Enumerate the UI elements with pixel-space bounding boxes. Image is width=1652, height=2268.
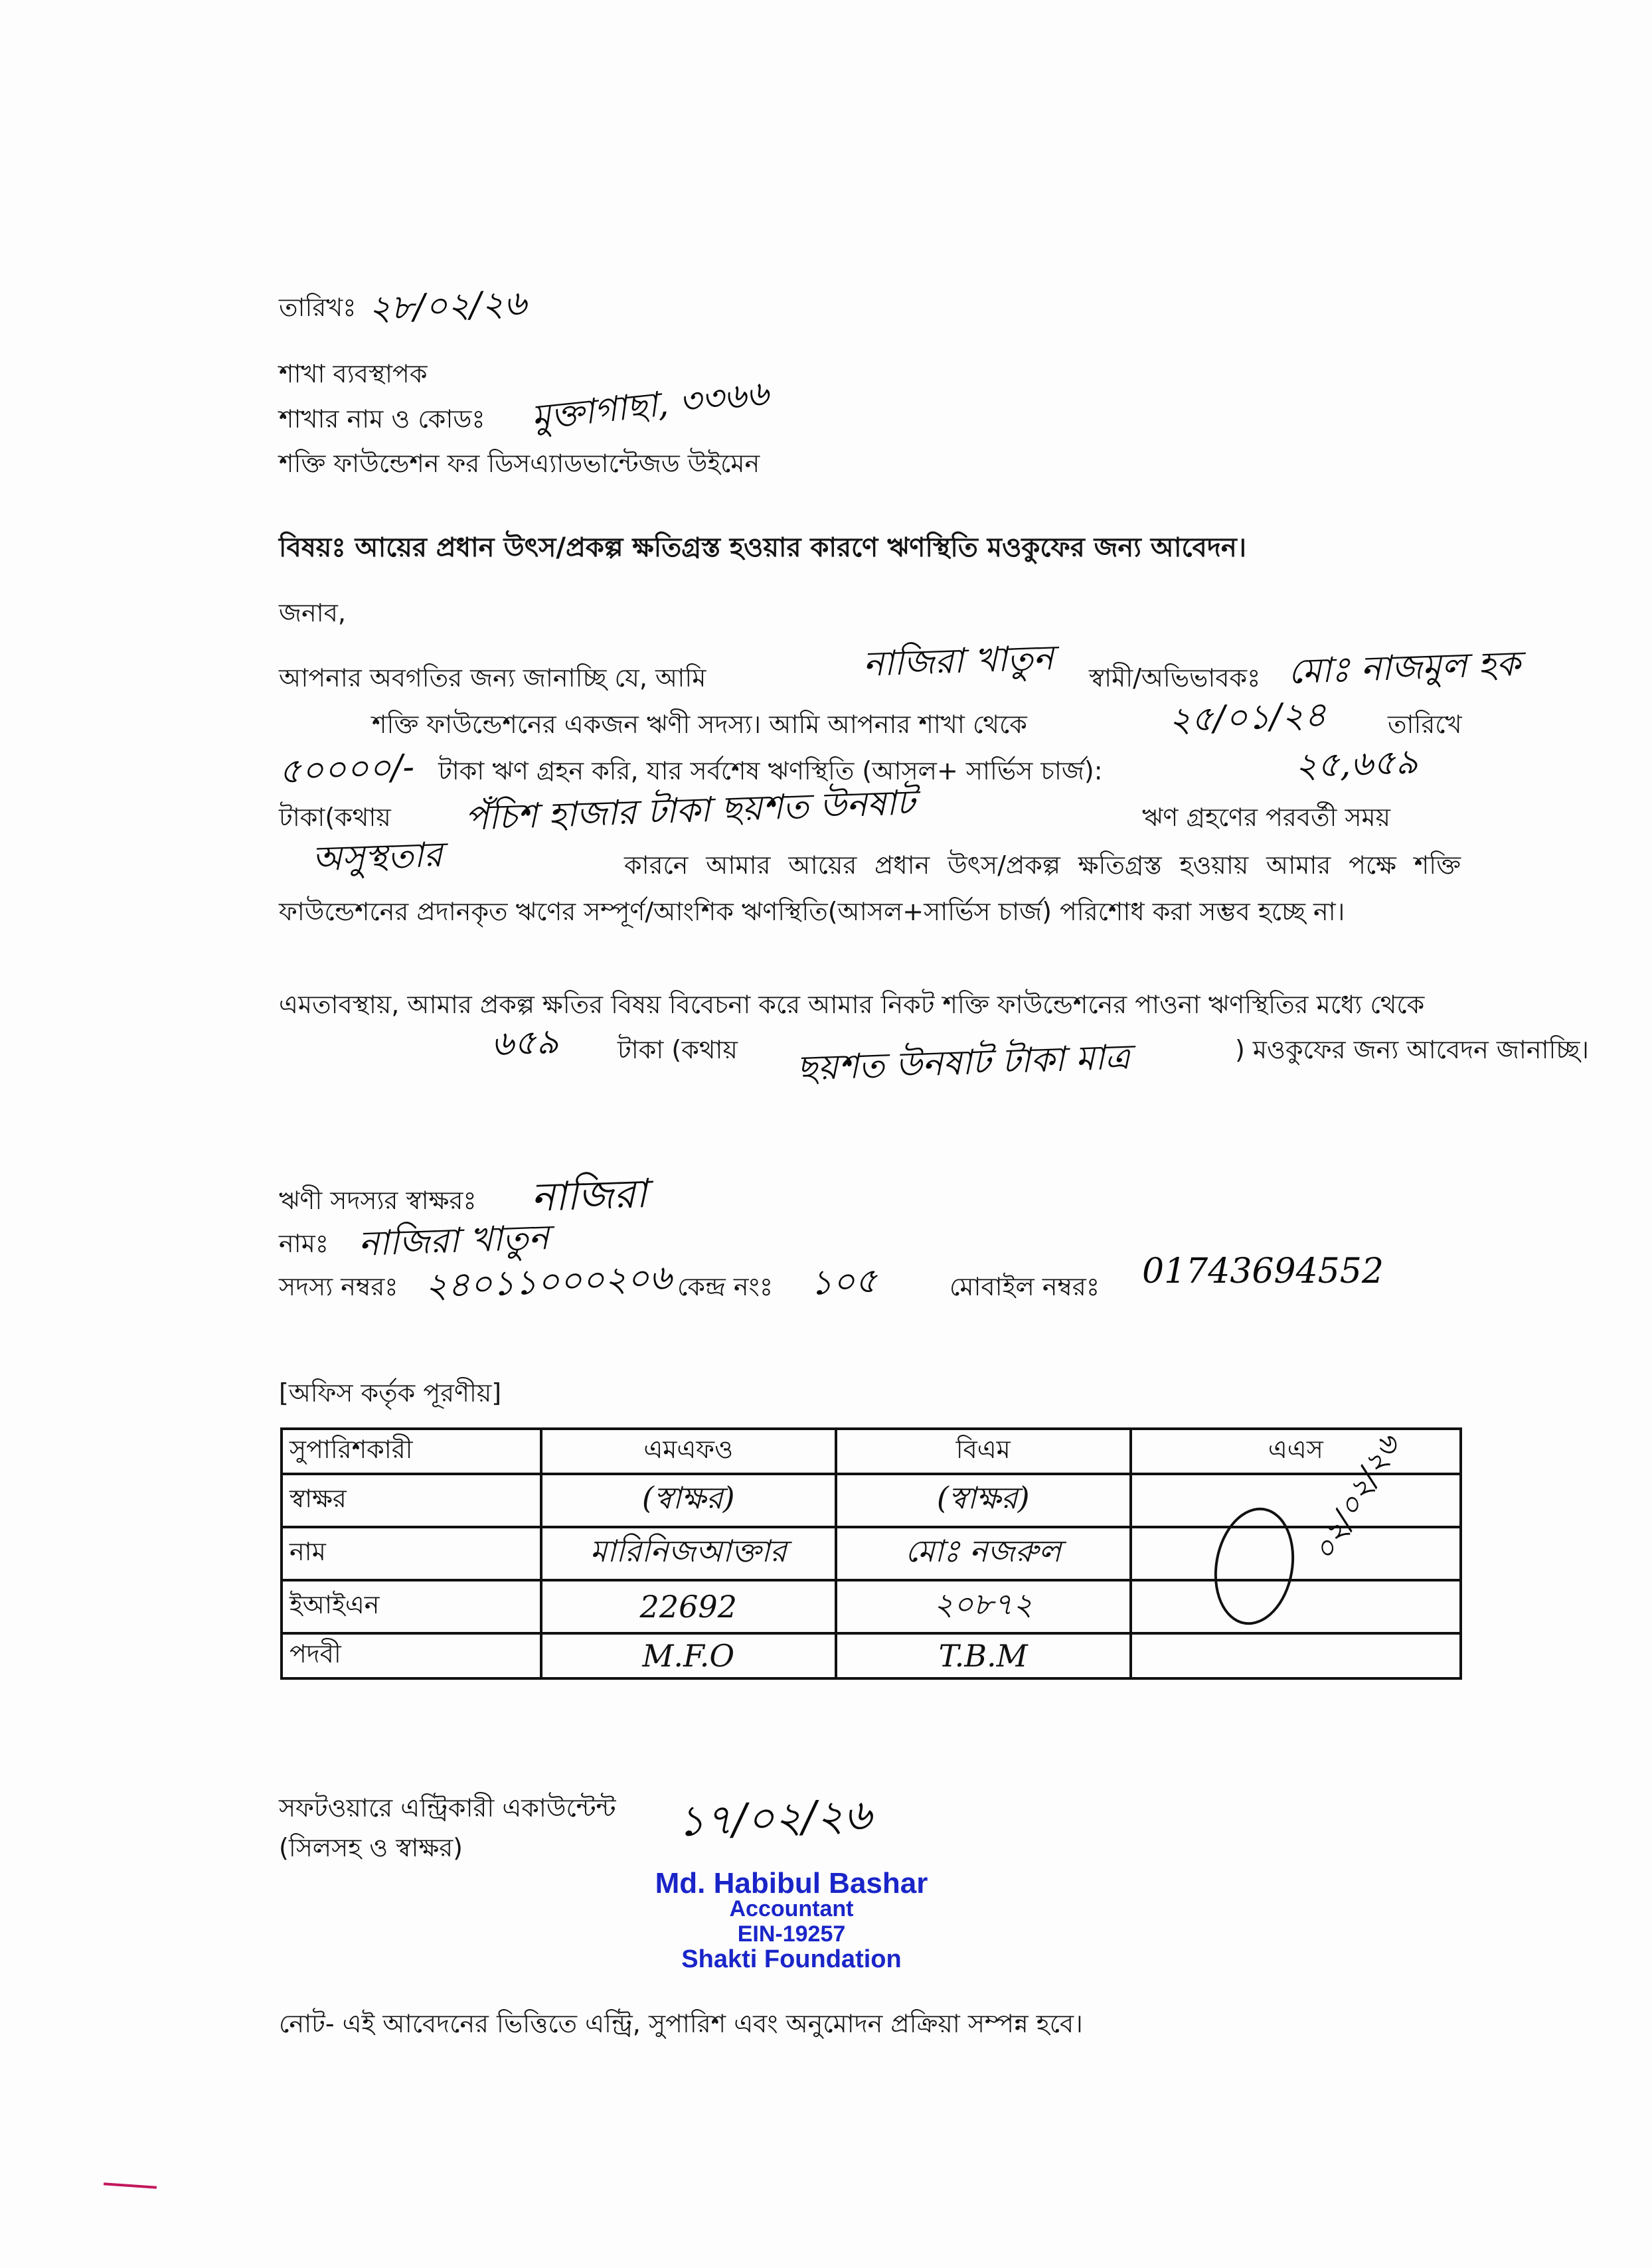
stamp-title: Accountant: [645, 1896, 938, 1921]
table-row: স্বাক্ষর (স্বাক্ষর) (স্বাক্ষর): [282, 1474, 1461, 1527]
waiver-end-text: ) মওকুফের জন্য আবেদন জানাচ্ছি।: [1235, 1034, 1589, 1066]
row-label: ইআইএন: [282, 1580, 541, 1633]
reason-text: কারনে আমার আয়ের প্রধান উৎস/প্রকল্প ক্ষত…: [279, 842, 1461, 935]
member-signature-label: ঋণী সদস্যর স্বাক্ষরঃ: [279, 1185, 477, 1217]
column-header: এমএফও: [541, 1429, 836, 1474]
salutation: জনাব,: [279, 598, 346, 629]
member-name-field[interactable]: নাজিরা খাতুন: [863, 631, 1055, 695]
bm-designation[interactable]: T.B.M: [939, 1638, 1028, 1674]
member-text: শক্তি ফাউন্ডেশনের একজন ঋণী সদস্য। আমি আপ…: [372, 709, 1027, 741]
accountant-label: সফটওয়ারে এন্ট্রিকারী একাউন্টেন্ট: [279, 1793, 616, 1824]
bm-signature[interactable]: (স্বাক্ষর): [937, 1480, 1030, 1516]
guardian-label: স্বামী/অভিভাবকঃ: [1089, 663, 1260, 694]
outstanding-field[interactable]: ২৫,৬৫৯: [1294, 735, 1419, 797]
row-label: স্বাক্ষর: [282, 1474, 541, 1527]
bm-ein[interactable]: ২০৮৭২: [934, 1586, 1033, 1622]
application-page: তারিখঃ ২৮/০২/২৬ শাখা ব্যবস্থাপক শাখার না…: [0, 0, 1652, 2268]
office-heading: [অফিস কর্তৃক পূরণীয়]: [279, 1378, 501, 1410]
waiver-text: এমতাবস্থায়, আমার প্রকল্প ক্ষতির বিষয় ব…: [279, 981, 1461, 1028]
center-field[interactable]: ১০৫: [809, 1254, 878, 1313]
loan-amount-field[interactable]: ৫০০০০/-: [278, 740, 416, 802]
stamp-name: Md. Habibul Bashar: [645, 1871, 938, 1896]
row-label: পদবী: [282, 1633, 541, 1678]
waiver-words-field[interactable]: ছয়শত উনষাট টাকা মাত্র: [796, 1030, 1131, 1099]
addressee-title: শাখা ব্যবস্থাপক: [279, 359, 427, 390]
column-header: সুপারিশকারী: [282, 1429, 541, 1474]
row-label: নাম: [282, 1527, 541, 1580]
bm-name[interactable]: মোঃ নজরুল: [905, 1533, 1061, 1569]
date-field[interactable]: ২৮/০২/২৬: [368, 276, 528, 339]
member-name-label: নামঃ: [279, 1228, 329, 1260]
org-name: শক্তি ফাউন্ডেশন ফর ডিসএ্যাডভান্টেজড উইমে…: [279, 448, 760, 480]
after-loan-text: ঋণ গ্রহণের পরবর্তী সময়: [1142, 802, 1390, 834]
branch-field[interactable]: মুক্তাগাছা, ৩৩৬৬: [529, 366, 772, 449]
mfo-signature[interactable]: (স্বাক্ষর): [642, 1480, 735, 1516]
waiver-amount-field[interactable]: ৬৫৯: [491, 1014, 560, 1074]
table-row: পদবী M.F.O T.B.M: [282, 1633, 1461, 1678]
mfo-name[interactable]: মারিনিজআক্তার: [590, 1533, 787, 1569]
stamp-org: Shakti Foundation: [645, 1947, 938, 1972]
accountant-signature-date[interactable]: ১৭/০২/২৬: [676, 1783, 872, 1860]
in-words-label: টাকা(কথায়: [279, 802, 391, 834]
accountant-stamp: Md. Habibul Bashar Accountant EIN-19257 …: [645, 1871, 938, 1972]
taka-in-words-label: টাকা (কথায়: [618, 1034, 738, 1066]
stamp-ein: EIN-19257: [645, 1921, 938, 1947]
date-label: তারিখঃ: [279, 292, 357, 324]
mobile-field[interactable]: 01743694552: [1142, 1252, 1384, 1291]
mfo-designation[interactable]: M.F.O: [642, 1638, 734, 1674]
subject-line: বিষয়ঃ আয়ের প্রধান উৎস/প্রকল্প ক্ষতিগ্র…: [279, 531, 1246, 564]
mobile-label: মোবাইল নম্বরঃ: [950, 1271, 1100, 1303]
center-label: কেন্দ্র নংঃ: [677, 1271, 773, 1303]
member-no-field[interactable]: ২৪০১১০০০২০৬: [424, 1251, 673, 1317]
branch-label: শাখার নাম ও কোডঃ: [279, 404, 485, 436]
intro-text: আপনার অবগতির জন্য জানাচ্ছি যে, আমি: [279, 663, 706, 694]
member-no-label: সদস্য নম্বরঃ: [279, 1271, 398, 1303]
accountant-seal-label: (সিলসহ ও স্বাক্ষর): [279, 1832, 463, 1864]
pen-mark-icon: [104, 2182, 157, 2189]
column-header: বিএম: [836, 1429, 1131, 1474]
table-header-row: সুপারিশকারী এমএফও বিএম এএস: [282, 1429, 1461, 1474]
footer-note: নোট- এই আবেদনের ভিত্তিতে এন্ট্রি, সুপারি…: [279, 2008, 1083, 2040]
mfo-ein[interactable]: 22692: [640, 1589, 737, 1625]
